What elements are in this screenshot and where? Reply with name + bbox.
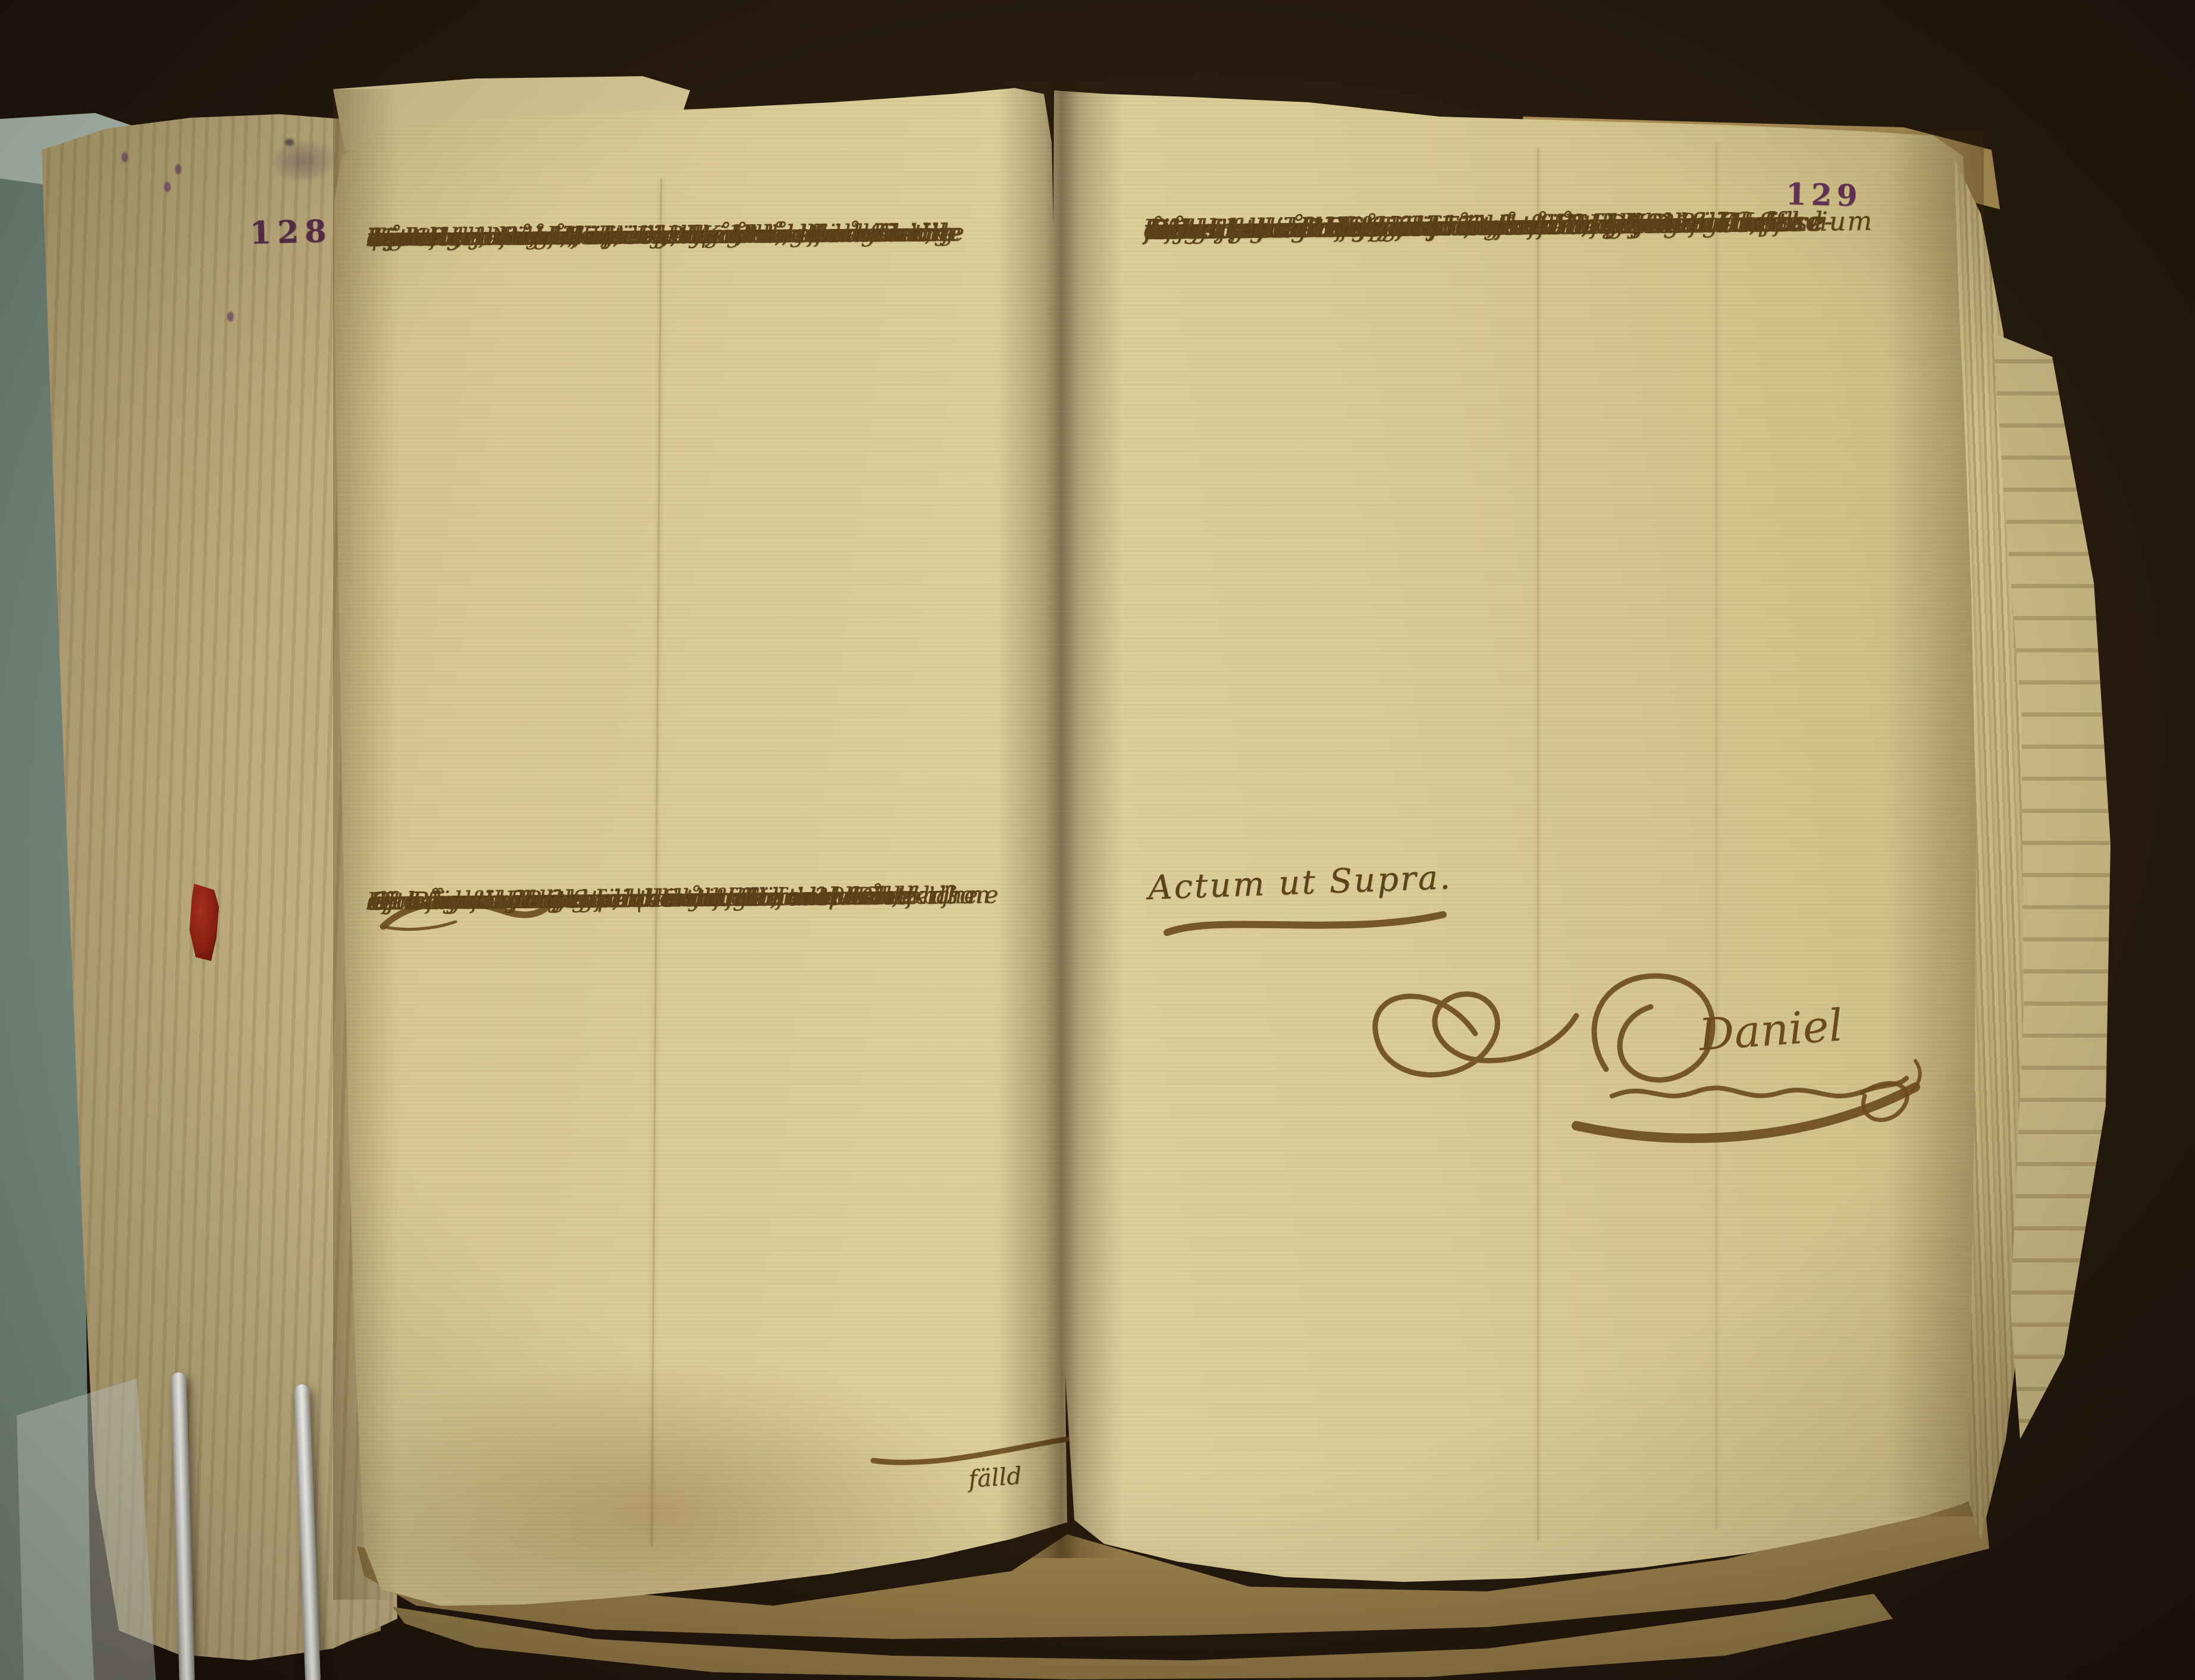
signature-name: Daniel	[1696, 1000, 1845, 1061]
manuscript-line: sem hon bekänne at wara hüfadt,	[366, 873, 838, 925]
closing-underline-flourish	[1164, 909, 1449, 942]
ink-speck	[164, 182, 171, 192]
flourish-stroke	[1167, 915, 1443, 932]
signature: Daniel	[1327, 944, 1927, 1141]
stamp-speck	[284, 139, 294, 146]
manuscript-line: saak til efterfölliande dom.	[366, 209, 743, 265]
faint-obliterated-stamp	[271, 140, 335, 182]
left-page-edge-shadow	[333, 89, 399, 1600]
manuscript-line: wijte, det straffe, som der å föllia kun…	[1143, 197, 1777, 256]
gutter-shadow	[997, 83, 1122, 1558]
signature-flourish	[1594, 976, 1713, 1080]
folio-number-stamp-128: 128	[249, 213, 333, 252]
right-page-crease	[1537, 149, 1539, 1540]
ink-speck	[227, 312, 234, 322]
right-page-crease-2	[1716, 143, 1717, 1528]
ink-speck	[121, 152, 128, 162]
signature-flourish	[1375, 994, 1576, 1075]
archival-manuscript-photo: 128 Lönskundzmåhl är, Dy dock bremer kin…	[0, 0, 2195, 1680]
ink-speck	[175, 164, 181, 174]
